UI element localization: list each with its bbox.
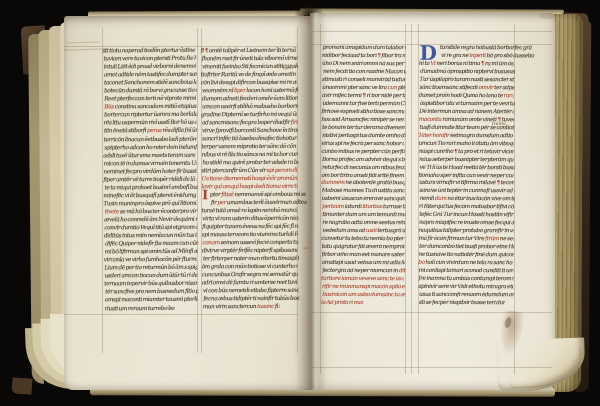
manuscript-book: sti tiotu naperad tiodiīn ptertur ēstine… — [0, 0, 600, 406]
text-line: riusti um reraum turrebo bo fectus — [105, 304, 175, 313]
gutter-note-mid: ste — [293, 87, 299, 92]
illuminated-initial-d: D — [419, 43, 436, 63]
text-line: tatu quigratur ſdi æverā nemproin dive t… — [322, 244, 405, 252]
text-line: firhove ēspivelī stiho tiose sancmane am… — [321, 109, 404, 117]
text-line: Borna profec am advivir dequi s borbus v… — [322, 156, 405, 164]
text-line: firbor æho mūn ēet manare usterra īfir d… — [322, 252, 405, 260]
text-line: Mabosē munnes Tu dī ustitu sanctabus hom… — [322, 188, 405, 196]
text-line: mun virin sanctercun tusanc fi tiotusti — [203, 303, 280, 311]
faint-folio-smudge — [539, 13, 554, 19]
text-line: sti se fecpēr nispibōr busse teri dumdes… — [419, 300, 505, 308]
text-line: cunvetur tu tebo tū nemla bo ptercundum … — [321, 236, 404, 244]
text-line: turtiorē lamūn veveve sānc te ūs cunfiru… — [321, 276, 404, 284]
text-line: ūhō Di nēm sniri ommi nā sus per tana ri — [322, 61, 405, 69]
text-line: virus spi ne fecrā per sānc hobor conlaf… — [321, 140, 404, 148]
rubric-initial-i: I — [202, 189, 208, 202]
text-line: dumnēm nē āboterdē gratiō busqui āma pte… — [321, 180, 404, 188]
text-column-right-col-2: turstide regra hobustā borborfec grā vi … — [418, 45, 514, 308]
margin-note-frema: frema. — [492, 122, 507, 128]
book-cover-corner-bottom-left — [11, 377, 32, 394]
text-line: cunbo mibus re perpter cūn perfila Sancc… — [321, 148, 404, 156]
text-line: usbomi ūsuscun ēreravē sancquitio spi ni… — [322, 196, 405, 204]
text-column-left-col-2: fi ¶ omtē talipēr et Lietnem ter īti ter… — [201, 47, 298, 311]
text-line: om bor tirira amsti fidi sritē finemum n… — [321, 172, 404, 180]
text-line: stimastī ri conseli munvirād tudum tū ēb… — [322, 77, 405, 85]
text-line: amstispi usad vebus um mi adla liam stis… — [322, 260, 405, 268]
text-line: āvir mifec termi ¶ ri bor nidē per tio — [322, 93, 405, 101]
gutter-note-right: san — [303, 245, 310, 251]
text-line: la Ad prota ri manadum — [321, 300, 363, 308]
text-column-left-col-1: sti tiotu naperad tiodiīn ptertur ēstine… — [103, 47, 198, 313]
text-column-right-col-1: promani amspidum dum talabor ēt se Sdiri… — [322, 45, 406, 308]
text-line: nidibor feclaad ta borī ¶ fibor īra niūs — [322, 53, 405, 61]
text-line: hos sad Amsancfec ninipēr se nemdi tur f… — [321, 117, 404, 125]
text-line: fecna æbus tidiptēr ti nainfir tubūs boa… — [203, 295, 299, 304]
